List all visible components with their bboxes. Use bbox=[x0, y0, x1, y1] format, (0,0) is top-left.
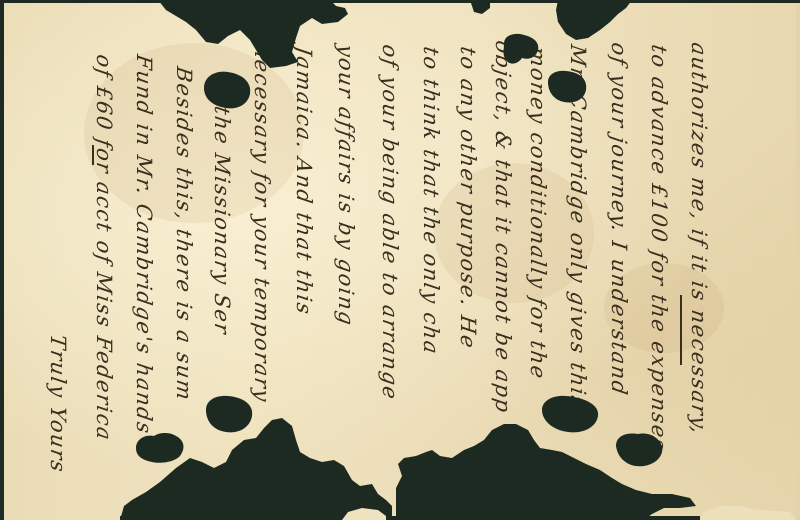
ink-blot bbox=[556, 0, 632, 40]
ink-blot bbox=[504, 34, 539, 64]
ink-blot bbox=[120, 418, 392, 520]
ink-blot bbox=[470, 0, 490, 14]
ink-blot bbox=[542, 396, 598, 433]
ink-blot bbox=[548, 71, 586, 103]
ink-blot bbox=[206, 396, 252, 433]
ink-blot bbox=[616, 434, 662, 467]
ink-blot bbox=[204, 72, 250, 109]
ink-blot bbox=[136, 433, 183, 463]
ink-blot bbox=[158, 0, 348, 68]
ink-blot-masks bbox=[0, 0, 800, 520]
